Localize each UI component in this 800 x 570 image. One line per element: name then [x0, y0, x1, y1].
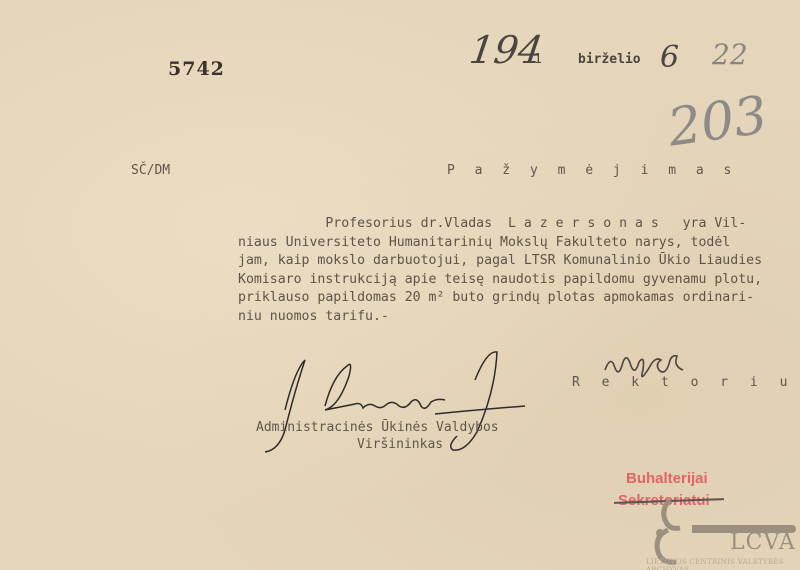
- body-line: jam, kaip mokslo darbuotojui, pagal LTSR…: [238, 252, 762, 271]
- date-month: birželio: [578, 52, 641, 67]
- document-title: P a ž y m ė j i m a s: [447, 163, 737, 178]
- handwritten-day: 6: [660, 40, 679, 75]
- typed-year-suffix: 1: [534, 52, 542, 67]
- body-line: niu nuomos tarifu.-: [238, 308, 762, 327]
- archive-logo-text: LCVA: [730, 530, 796, 555]
- stamp-accounting: Buhalterijai: [626, 470, 708, 487]
- body-line: priklauso papildomas 20 m² buto grindų p…: [238, 289, 762, 308]
- administrator-title: Administracinės Ūkinės Valdybos: [256, 420, 499, 435]
- administrator-subtitle: Viršininkas: [357, 437, 443, 452]
- body-line: niaus Universiteto Humanitarinių Mokslų …: [238, 234, 762, 253]
- document-body: Profesorius dr.Vladas L a z e r s o n a …: [238, 215, 762, 326]
- document-number: 5742: [168, 58, 225, 80]
- body-line: Komisaro instrukciją apie teisę naudotis…: [238, 271, 762, 290]
- body-line: Profesorius dr.Vladas L a z e r s o n a …: [238, 215, 762, 234]
- rector-title: R e k t o r i u s: [572, 375, 800, 390]
- administrator-signature: [255, 350, 555, 470]
- pencil-note: 22: [712, 38, 748, 71]
- reference-code: SČ/DM: [131, 163, 170, 178]
- archive-logo-caption: LIETUVOS CENTRINIS VALSTYBĖS ARCHYVAS: [646, 558, 800, 570]
